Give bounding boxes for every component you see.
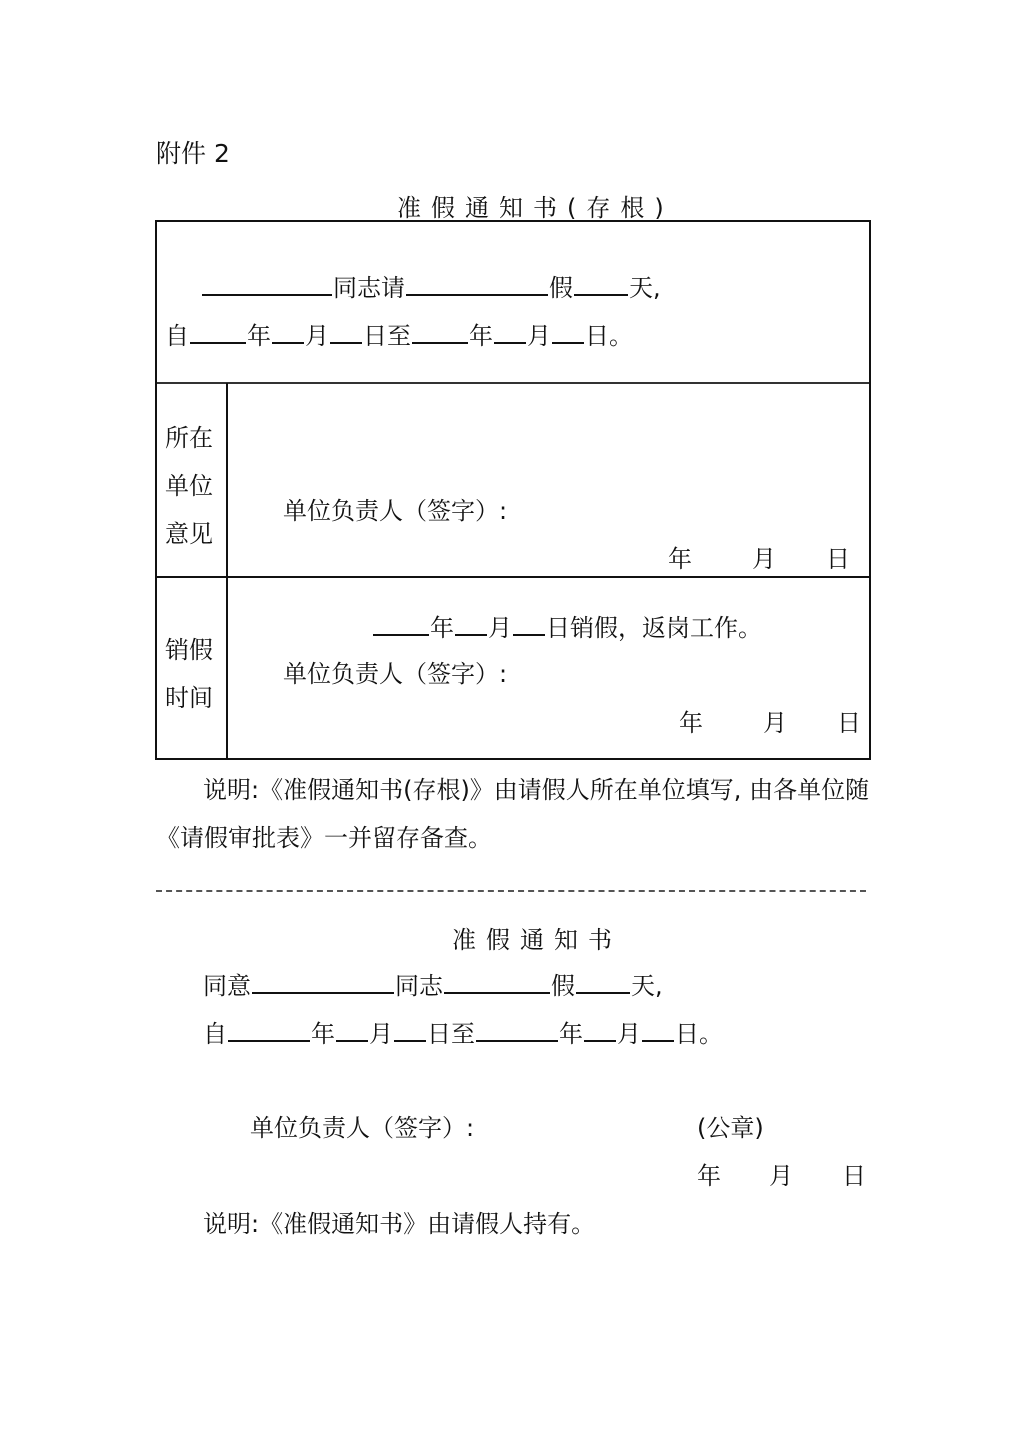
leave-end-signature-label: 单位负责人（签字）: <box>283 660 507 688</box>
stub-date-range-line: 自年月日至年月日。 <box>165 320 633 350</box>
days-text: 天, <box>629 274 661 302</box>
day-end-text: 日。 <box>675 1020 723 1048</box>
end-year-blank[interactable] <box>412 320 468 344</box>
notice-start-year-blank[interactable] <box>228 1018 310 1042</box>
day-to-text: 日至 <box>427 1020 475 1048</box>
notice-end-year-blank[interactable] <box>476 1018 558 1042</box>
start-year-blank[interactable] <box>190 320 246 344</box>
return-year-blank[interactable] <box>373 612 429 636</box>
notice-name-blank[interactable] <box>252 970 394 994</box>
table-divider-2 <box>157 576 869 578</box>
leave-text: 假 <box>551 972 575 1000</box>
notice-days-blank[interactable] <box>576 970 630 994</box>
notice-end-day-blank[interactable] <box>642 1018 674 1042</box>
comrade-text: 同志 <box>395 972 443 1000</box>
unit-opinion-signature-label: 单位负责人（签字）: <box>283 497 507 525</box>
return-day-text: 日销假，返岗工作。 <box>546 614 762 642</box>
comrade-request-text: 同志请 <box>333 274 405 302</box>
stub-title: 准假通知书(存根) <box>397 188 674 223</box>
table-label-column-divider <box>226 383 228 758</box>
leave-end-date-year[interactable]: 年 <box>679 709 703 737</box>
name-blank[interactable] <box>202 272 332 296</box>
notice-signature-label: 单位负责人（签字）: <box>250 1114 474 1142</box>
unit-opinion-label-2: 单位 <box>165 472 213 500</box>
tear-off-line <box>156 890 866 892</box>
month-text: 月 <box>488 614 512 642</box>
day-to-text: 日至 <box>363 322 411 350</box>
leave-end-label-1: 销假 <box>165 636 213 664</box>
leave-text: 假 <box>549 274 573 302</box>
notice-date-year[interactable]: 年 <box>697 1162 721 1190</box>
days-blank[interactable] <box>574 272 628 296</box>
leave-end-date-month[interactable]: 月 <box>763 709 787 737</box>
month-text: 月 <box>617 1020 641 1048</box>
unit-opinion-label-1: 所在 <box>165 424 213 452</box>
month-text: 月 <box>527 322 551 350</box>
notice-title: 准假通知书 <box>452 920 622 955</box>
return-day-blank[interactable] <box>513 612 545 636</box>
start-month-blank[interactable] <box>272 320 304 344</box>
notice-start-day-blank[interactable] <box>394 1018 426 1042</box>
attachment-label: 附件 2 <box>156 140 230 168</box>
from-text: 自 <box>203 1020 227 1048</box>
notice-date-day[interactable]: 日 <box>842 1162 866 1190</box>
notice-leave-type-blank[interactable] <box>444 970 550 994</box>
return-to-work-line: 年月日销假，返岗工作。 <box>372 612 762 642</box>
notice-start-month-blank[interactable] <box>336 1018 368 1042</box>
from-text: 自 <box>165 322 189 350</box>
year-text: 年 <box>430 614 454 642</box>
unit-opinion-label-3: 意见 <box>165 520 213 548</box>
table-divider-1 <box>157 382 869 384</box>
unit-opinion-date-month[interactable]: 月 <box>752 545 776 573</box>
unit-opinion-date-year[interactable]: 年 <box>668 545 692 573</box>
unit-opinion-date-day[interactable]: 日 <box>826 545 850 573</box>
stub-request-line: 同志请假天, <box>201 272 661 302</box>
notice-date-month[interactable]: 月 <box>769 1162 793 1190</box>
notice-seal-label: (公章) <box>697 1114 764 1142</box>
notice-date-range-line: 自年月日至年月日。 <box>203 1018 723 1048</box>
year-text: 年 <box>311 1020 335 1048</box>
notice-note: 说明:《准假通知书》由请假人持有。 <box>203 1210 595 1238</box>
month-text: 月 <box>305 322 329 350</box>
leave-end-date-day[interactable]: 日 <box>837 709 861 737</box>
stub-note-line-2: 《请假审批表》一并留存备查。 <box>156 824 492 852</box>
end-day-blank[interactable] <box>552 320 584 344</box>
end-month-blank[interactable] <box>494 320 526 344</box>
stub-note-line-1: 说明:《准假通知书(存根)》由请假人所在单位填写, 由各单位随 <box>203 776 869 804</box>
agree-text: 同意 <box>203 972 251 1000</box>
day-end-text: 日。 <box>585 322 633 350</box>
leave-end-label-2: 时间 <box>165 684 213 712</box>
year-text: 年 <box>247 322 271 350</box>
days-text: 天, <box>631 972 663 1000</box>
year-text: 年 <box>469 322 493 350</box>
notice-end-month-blank[interactable] <box>584 1018 616 1042</box>
start-day-blank[interactable] <box>330 320 362 344</box>
leave-type-blank[interactable] <box>406 272 548 296</box>
year-text: 年 <box>559 1020 583 1048</box>
month-text: 月 <box>369 1020 393 1048</box>
notice-approval-line: 同意同志假天, <box>203 970 663 1000</box>
return-month-blank[interactable] <box>455 612 487 636</box>
